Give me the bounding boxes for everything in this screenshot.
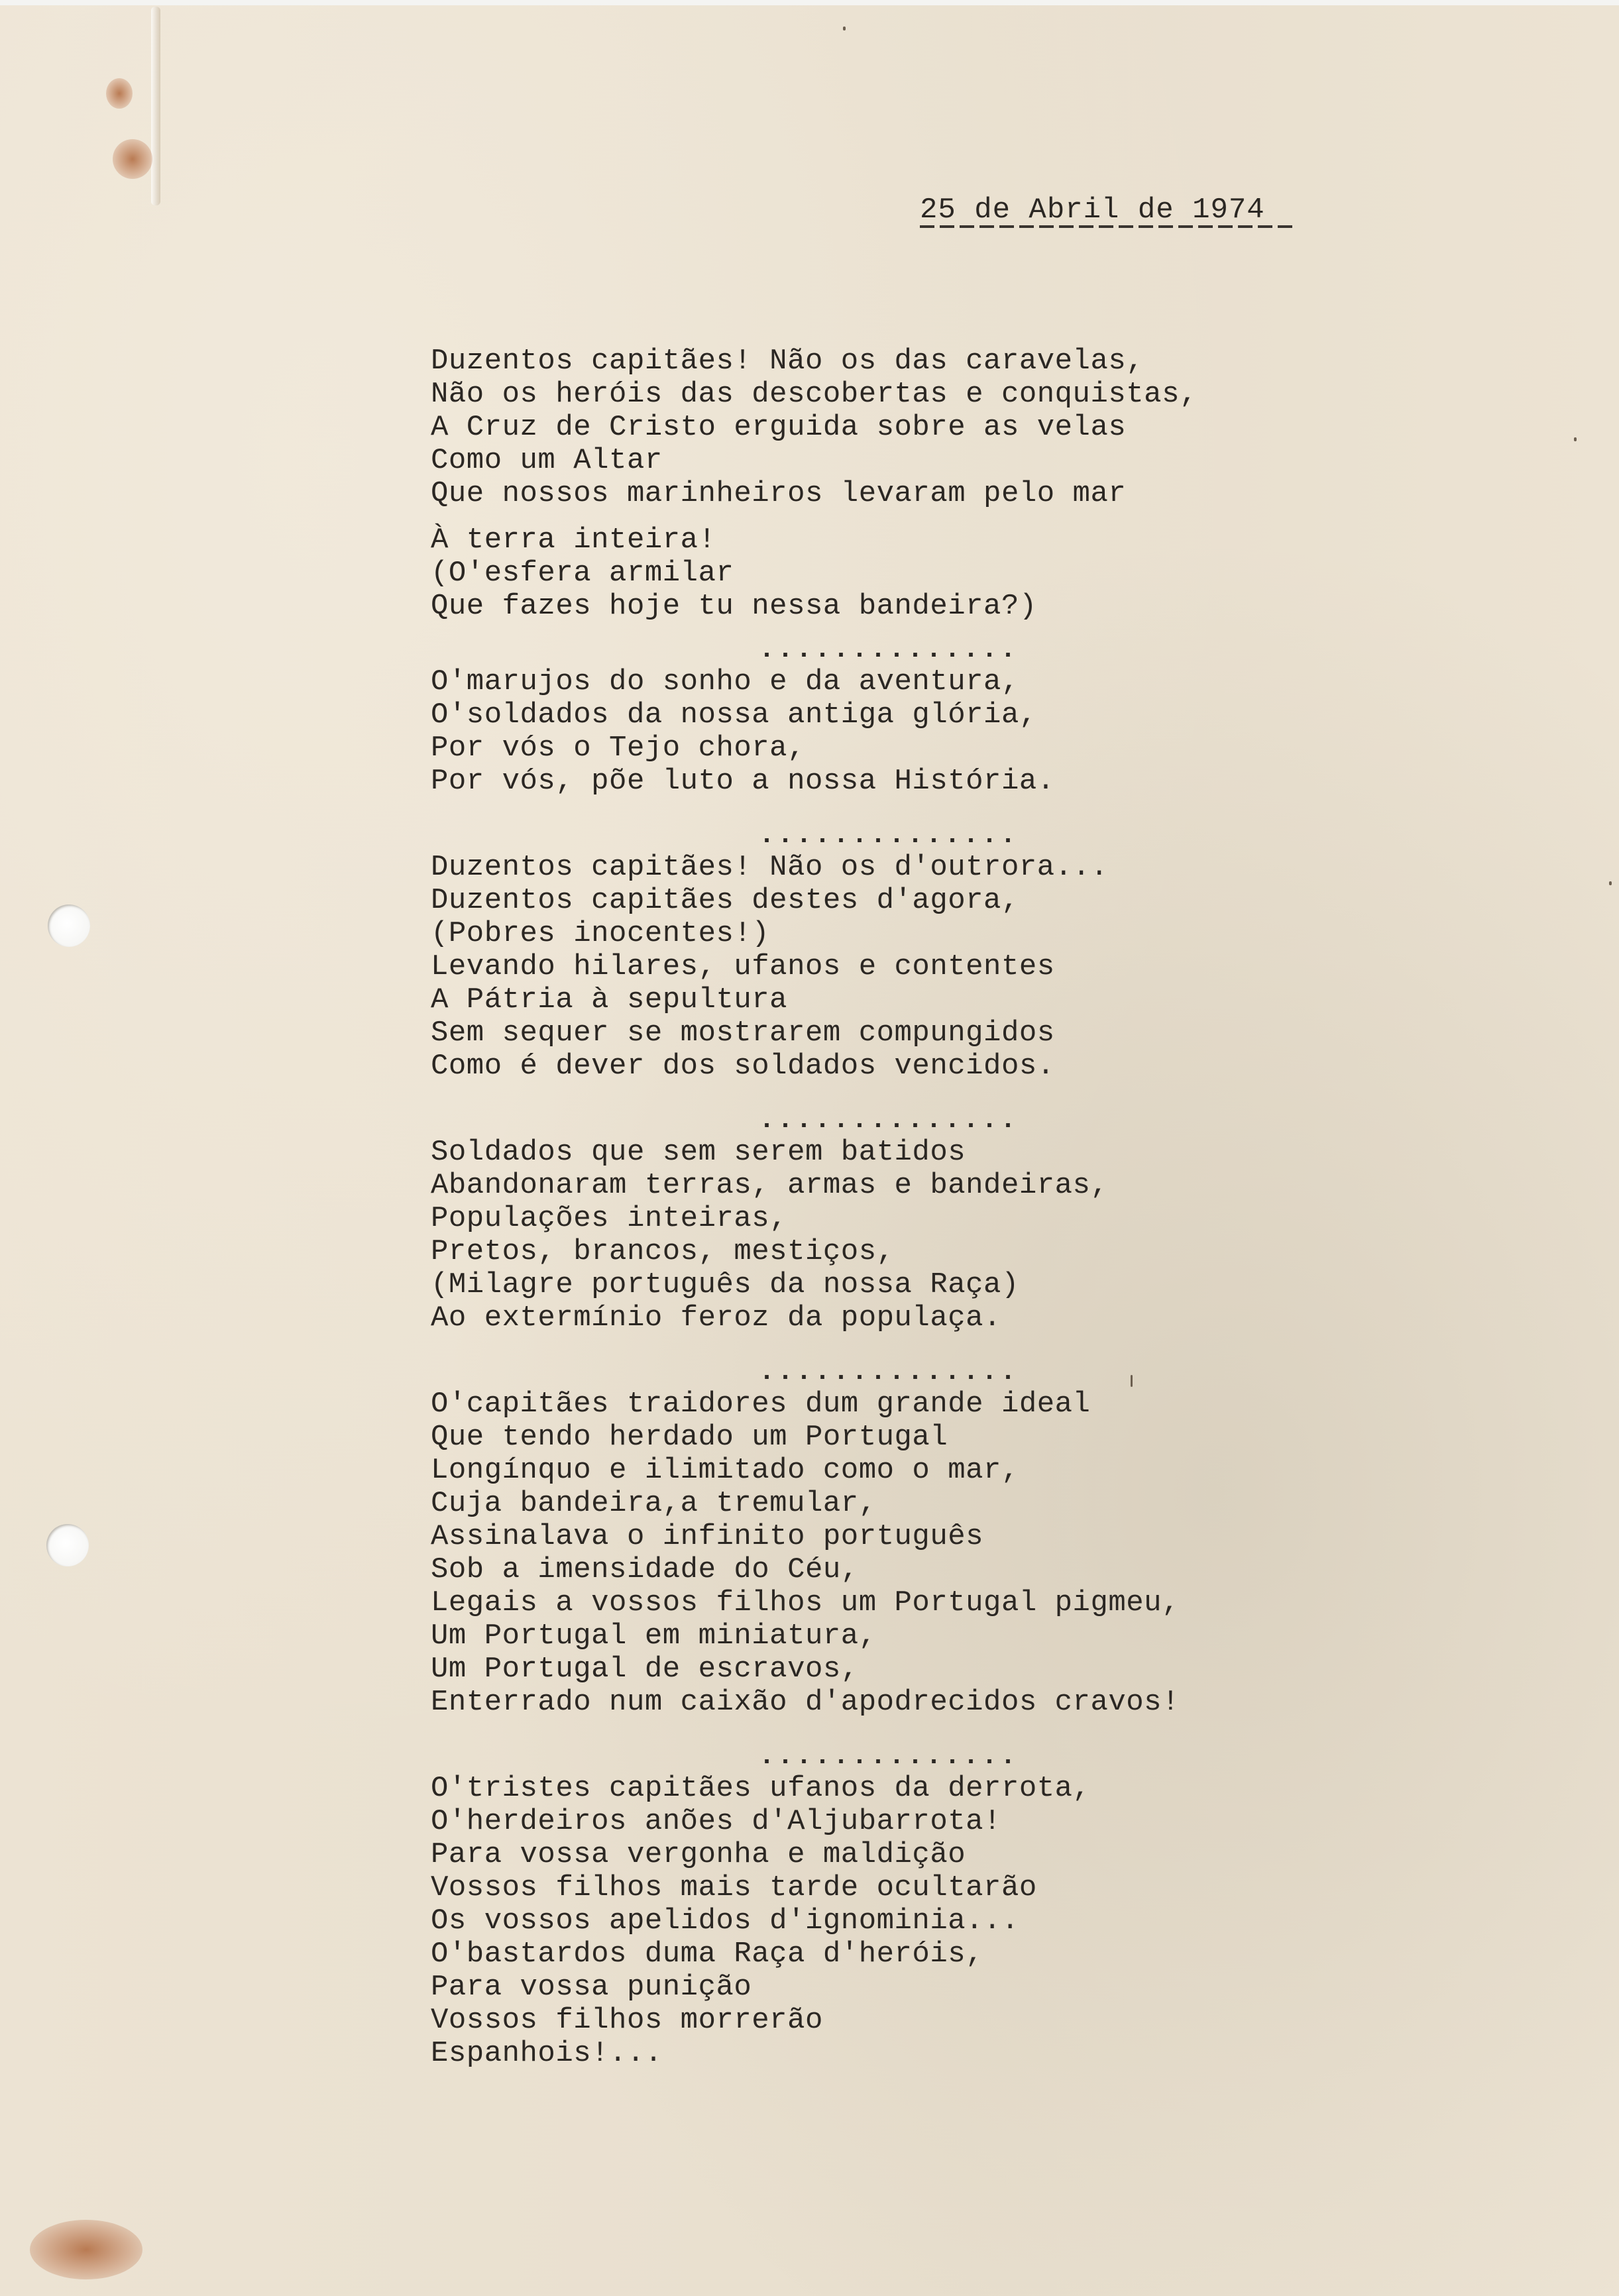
stanza: Duzentos capitães! Não os d'outrora... D… [431,851,1359,1083]
poem-line: Vossos filhos morrerão [431,2004,1359,2037]
poem-line: O'capitães traidores dum grande ideal [431,1388,1359,1421]
paper-speck [1609,881,1612,885]
paper-fold-mark [151,7,160,205]
date-heading: 25 de Abril de 1974 [920,193,1265,227]
poem-line: Cuja bandeira,a tremular, [431,1487,1359,1520]
poem-line: O'soldados da nossa antiga glória, [431,698,1359,732]
paper-top-edge [0,0,1619,5]
poem-line: À terra inteira! [431,523,1359,557]
section-separator: .............. [431,1743,1359,1772]
poem-line: O'bastardos duma Raça d'heróis, [431,1938,1359,1971]
stanza: À terra inteira! (O'esfera armilar Que f… [431,523,1359,623]
poem-line: Por vós, põe luto a nossa História. [431,765,1359,798]
section-separator: .............. [431,636,1359,665]
paper-speck [843,27,846,30]
poem-line: Como é dever dos soldados vencidos. [431,1050,1359,1083]
poem-line: A Cruz de Cristo erguida sobre as velas [431,411,1359,444]
rust-stain [30,2220,142,2279]
poem-line: Para vossa vergonha e maldição [431,1838,1359,1871]
paper-speck [1574,437,1577,441]
stanza: Soldados que sem serem batidos Abandonar… [431,1136,1359,1335]
rust-stain [106,78,133,109]
poem-line: Sem sequer se mostrarem compungidos [431,1016,1359,1050]
rust-stain [113,139,152,179]
poem-line: O'marujos do sonho e da aventura, [431,665,1359,698]
poem-line: O'herdeiros anões d'Aljubarrota! [431,1805,1359,1838]
poem-line: Levando hilares, ufanos e contentes [431,950,1359,983]
poem-line: Espanhois!... [431,2037,1359,2070]
stanza: Duzentos capitães! Não os das caravelas,… [431,345,1359,510]
poem-line: Longínquo e ilimitado como o mar, [431,1454,1359,1487]
poem-line: Abandonaram terras, armas e bandeiras, [431,1169,1359,1202]
poem-line: Vossos filhos mais tarde ocultarão [431,1871,1359,1904]
poem-line: (Milagre português da nossa Raça) [431,1268,1359,1301]
poem-line: O'tristes capitães ufanos da derrota, [431,1772,1359,1805]
poem-line: Enterrado num caixão d'apodrecidos cravo… [431,1686,1359,1719]
poem-line: Duzentos capitães! Não os d'outrora... [431,851,1359,884]
poem-line: Soldados que sem serem batidos [431,1136,1359,1169]
poem-line: Duzentos capitães destes d'agora, [431,884,1359,917]
poem-line: Que fazes hoje tu nessa bandeira?) [431,590,1359,623]
poem-line: A Pátria à sepultura [431,983,1359,1016]
poem-line: (Pobres inocentes!) [431,917,1359,950]
poem-line: Um Portugal em miniatura, [431,1619,1359,1653]
poem-line: Por vós o Tejo chora, [431,732,1359,765]
poem-line: Que nossos marinheiros levaram pelo mar [431,477,1359,510]
stanza: O'tristes capitães ufanos da derrota, O'… [431,1772,1359,2070]
stanza: O'capitães traidores dum grande ideal Qu… [431,1388,1359,1719]
section-separator: .............. [431,1358,1359,1388]
poem-line: Duzentos capitães! Não os das caravelas, [431,345,1359,378]
poem-body: Duzentos capitães! Não os das caravelas,… [431,345,1359,2070]
poem-line: Ao extermínio feroz da populaça. [431,1301,1359,1335]
punch-hole [46,1524,89,1566]
poem-line: Legais a vossos filhos um Portugal pigme… [431,1586,1359,1619]
stanza: O'marujos do sonho e da aventura, O'sold… [431,665,1359,798]
section-separator: .............. [431,1107,1359,1136]
poem-line: (O'esfera armilar [431,557,1359,590]
poem-line: Que tendo herdado um Portugal [431,1421,1359,1454]
poem-line: Como um Altar [431,444,1359,477]
poem-line: Os vossos apelidos d'ignominia... [431,1904,1359,1938]
poem-line: Para vossa punição [431,1971,1359,2004]
poem-line: Pretos, brancos, mestiços, [431,1235,1359,1268]
section-separator: .............. [431,822,1359,851]
poem-line: Um Portugal de escravos, [431,1653,1359,1686]
poem-line: Populações inteiras, [431,1202,1359,1235]
poem-line: Sob a imensidade do Céu, [431,1553,1359,1586]
poem-line: Não os heróis das descobertas e conquist… [431,378,1359,411]
poem-line: Assinalava o infinito português [431,1520,1359,1553]
date-underline [920,225,1294,228]
punch-hole [48,904,90,947]
